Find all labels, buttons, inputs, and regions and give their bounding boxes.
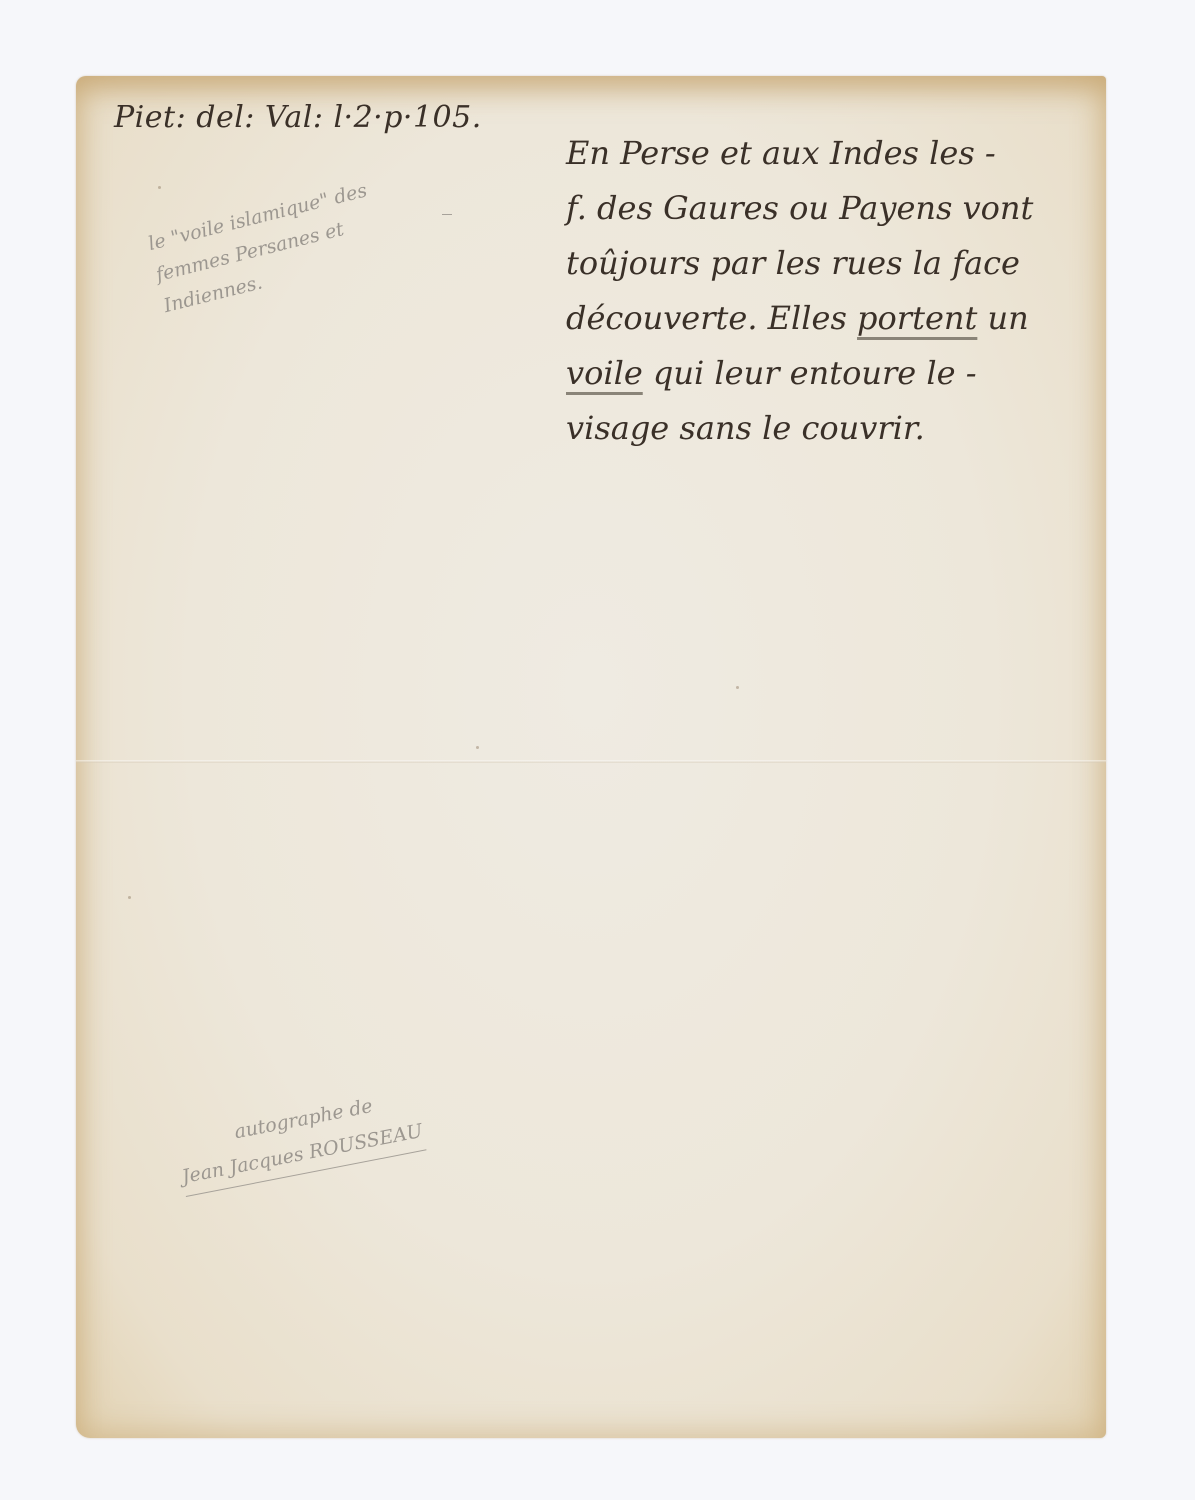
horizontal-fold-line: [76, 760, 1106, 763]
main-handwritten-text: En Perse et aux Indes les - f. des Gaure…: [566, 126, 1086, 456]
photo-stage: Piet: del: Val: l·2·p·105. En Perse et a…: [0, 0, 1195, 1500]
pencil-dash-mark: [442, 214, 452, 215]
pencil-attribution: autographe de Jean Jacques ROUSSEAU: [172, 1081, 426, 1197]
text-line-with-underline: découverte. Elles portent un: [566, 291, 1086, 346]
text-line: toûjours par les rues la face: [566, 236, 1086, 291]
text-line-segment: un: [977, 299, 1028, 337]
underlined-word: voile: [566, 354, 643, 392]
text-line-with-underline: voile qui leur entoure le -: [566, 346, 1086, 401]
text-line: visage sans le couvrir.: [566, 401, 1086, 456]
underlined-word: portent: [857, 299, 977, 337]
manuscript-sheet: Piet: del: Val: l·2·p·105. En Perse et a…: [76, 76, 1106, 1438]
paper-speck: [476, 746, 479, 749]
text-line-segment: qui leur entoure le -: [643, 354, 977, 392]
paper-speck: [158, 186, 161, 189]
paper-speck: [128, 896, 131, 899]
paper-speck: [736, 686, 739, 689]
pencil-annotation: le "voile islamique" des femmes Persanes…: [145, 175, 386, 322]
text-line: f. des Gaures ou Payens vont: [566, 181, 1086, 236]
text-line: En Perse et aux Indes les -: [566, 126, 1086, 181]
reference-line: Piet: del: Val: l·2·p·105.: [114, 100, 482, 135]
text-line-segment: découverte. Elles: [566, 299, 857, 337]
